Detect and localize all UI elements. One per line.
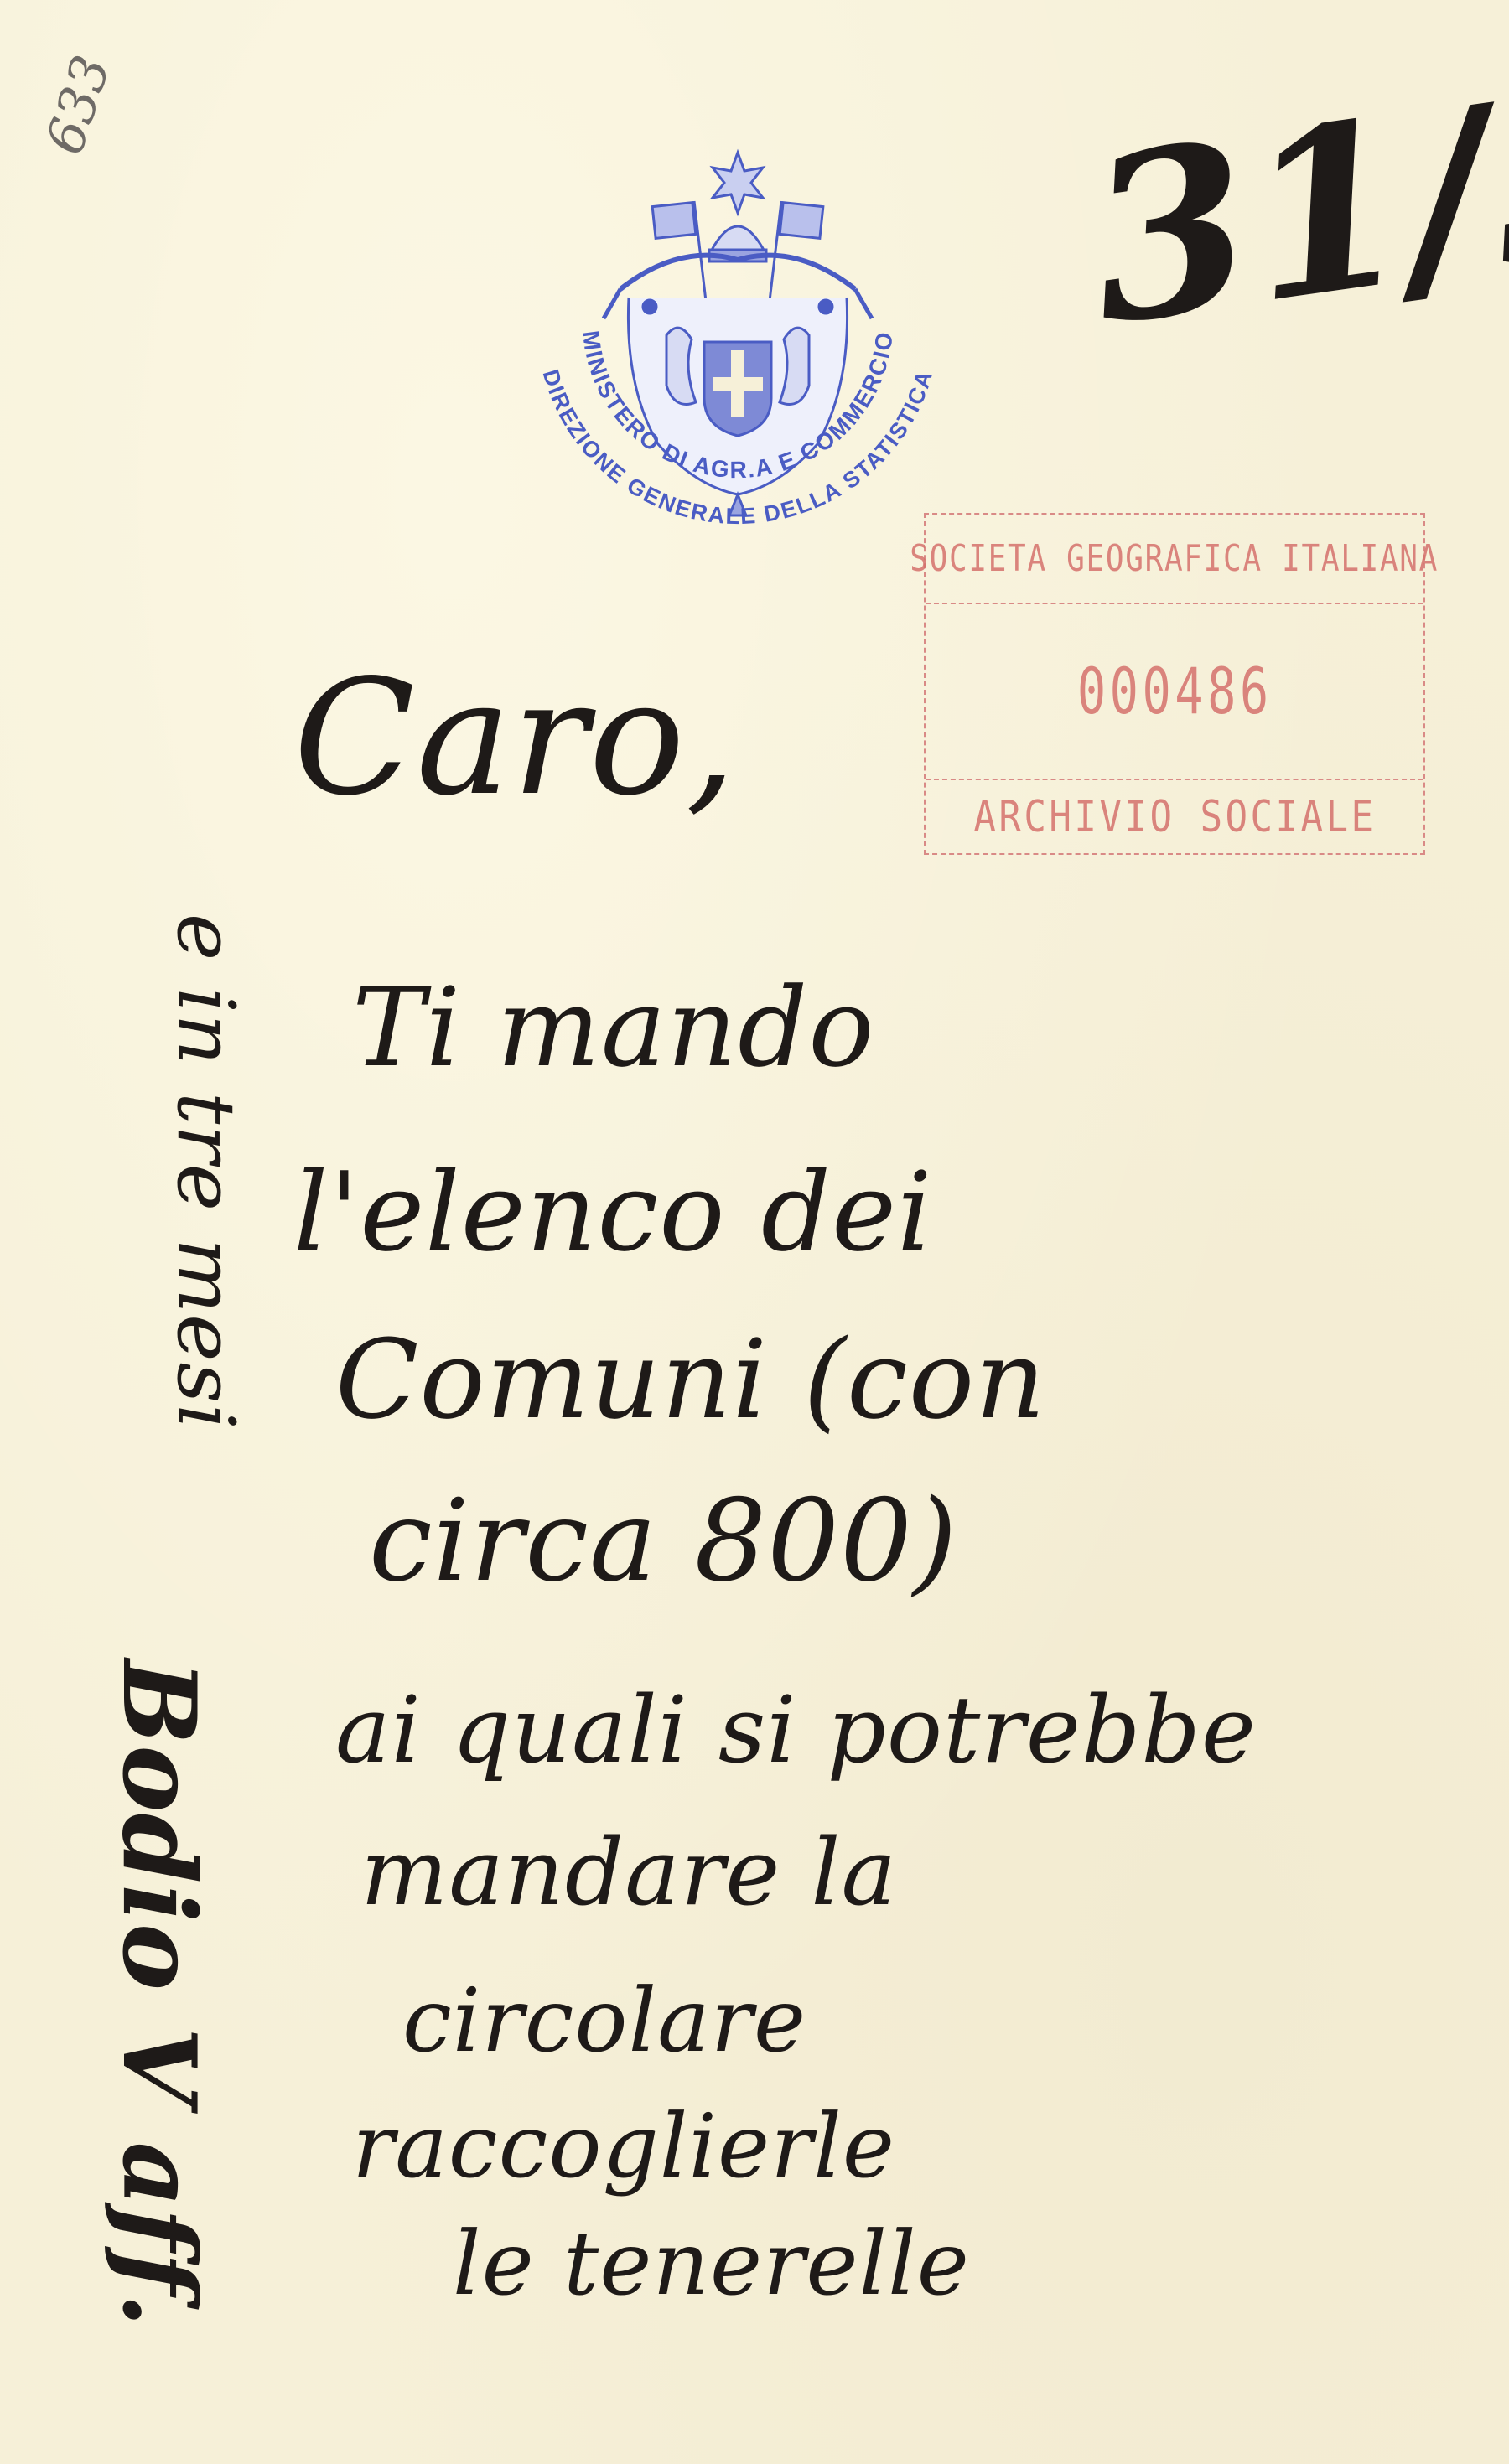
letter-line-salutation: Caro, bbox=[293, 645, 737, 831]
stamp-label-band: ARCHIVIO SOCIALE bbox=[926, 779, 1423, 853]
letter-line: mandare la bbox=[360, 1819, 897, 1926]
margin-note-upper: e in tre mesi bbox=[159, 914, 251, 1431]
letter-line: raccoglierle bbox=[352, 2095, 895, 2197]
archive-stamp: SOCIETA GEOGRAFICA ITALIANA 000486 ARCHI… bbox=[924, 513, 1425, 855]
stamp-label: ARCHIVIO SOCIALE bbox=[973, 792, 1376, 842]
stamp-number: 000486 bbox=[1077, 654, 1273, 728]
royal-coat-of-arms-icon: MINISTERO DI AGR.A E COMMERCIO DIREZIONE… bbox=[503, 142, 972, 545]
letter-line: Comuni (con bbox=[335, 1316, 1046, 1443]
date-mark: 31/5 bbox=[1076, 54, 1509, 356]
letter-line: circa 800) bbox=[369, 1475, 958, 1607]
letter-line: ai quali si potrebbe bbox=[335, 1676, 1257, 1783]
margin-note-signature: Bodio V aff. bbox=[100, 1659, 218, 2328]
stamp-organization-band: SOCIETA GEOGRAFICA ITALIANA bbox=[926, 515, 1423, 604]
stamp-number-band: 000486 bbox=[926, 603, 1423, 779]
letter-line: le tenerelle bbox=[453, 2213, 970, 2315]
letter-line: l'elenco dei bbox=[293, 1148, 933, 1276]
letterhead: MINISTERO DI AGR.A E COMMERCIO DIREZIONE… bbox=[503, 142, 972, 545]
stamp-organization: SOCIETA GEOGRAFICA ITALIANA bbox=[910, 537, 1439, 580]
letter-line: circolare bbox=[402, 1970, 806, 2072]
letter-line: Ti mando bbox=[352, 964, 875, 1091]
pencil-archive-number: 633 bbox=[34, 48, 122, 161]
